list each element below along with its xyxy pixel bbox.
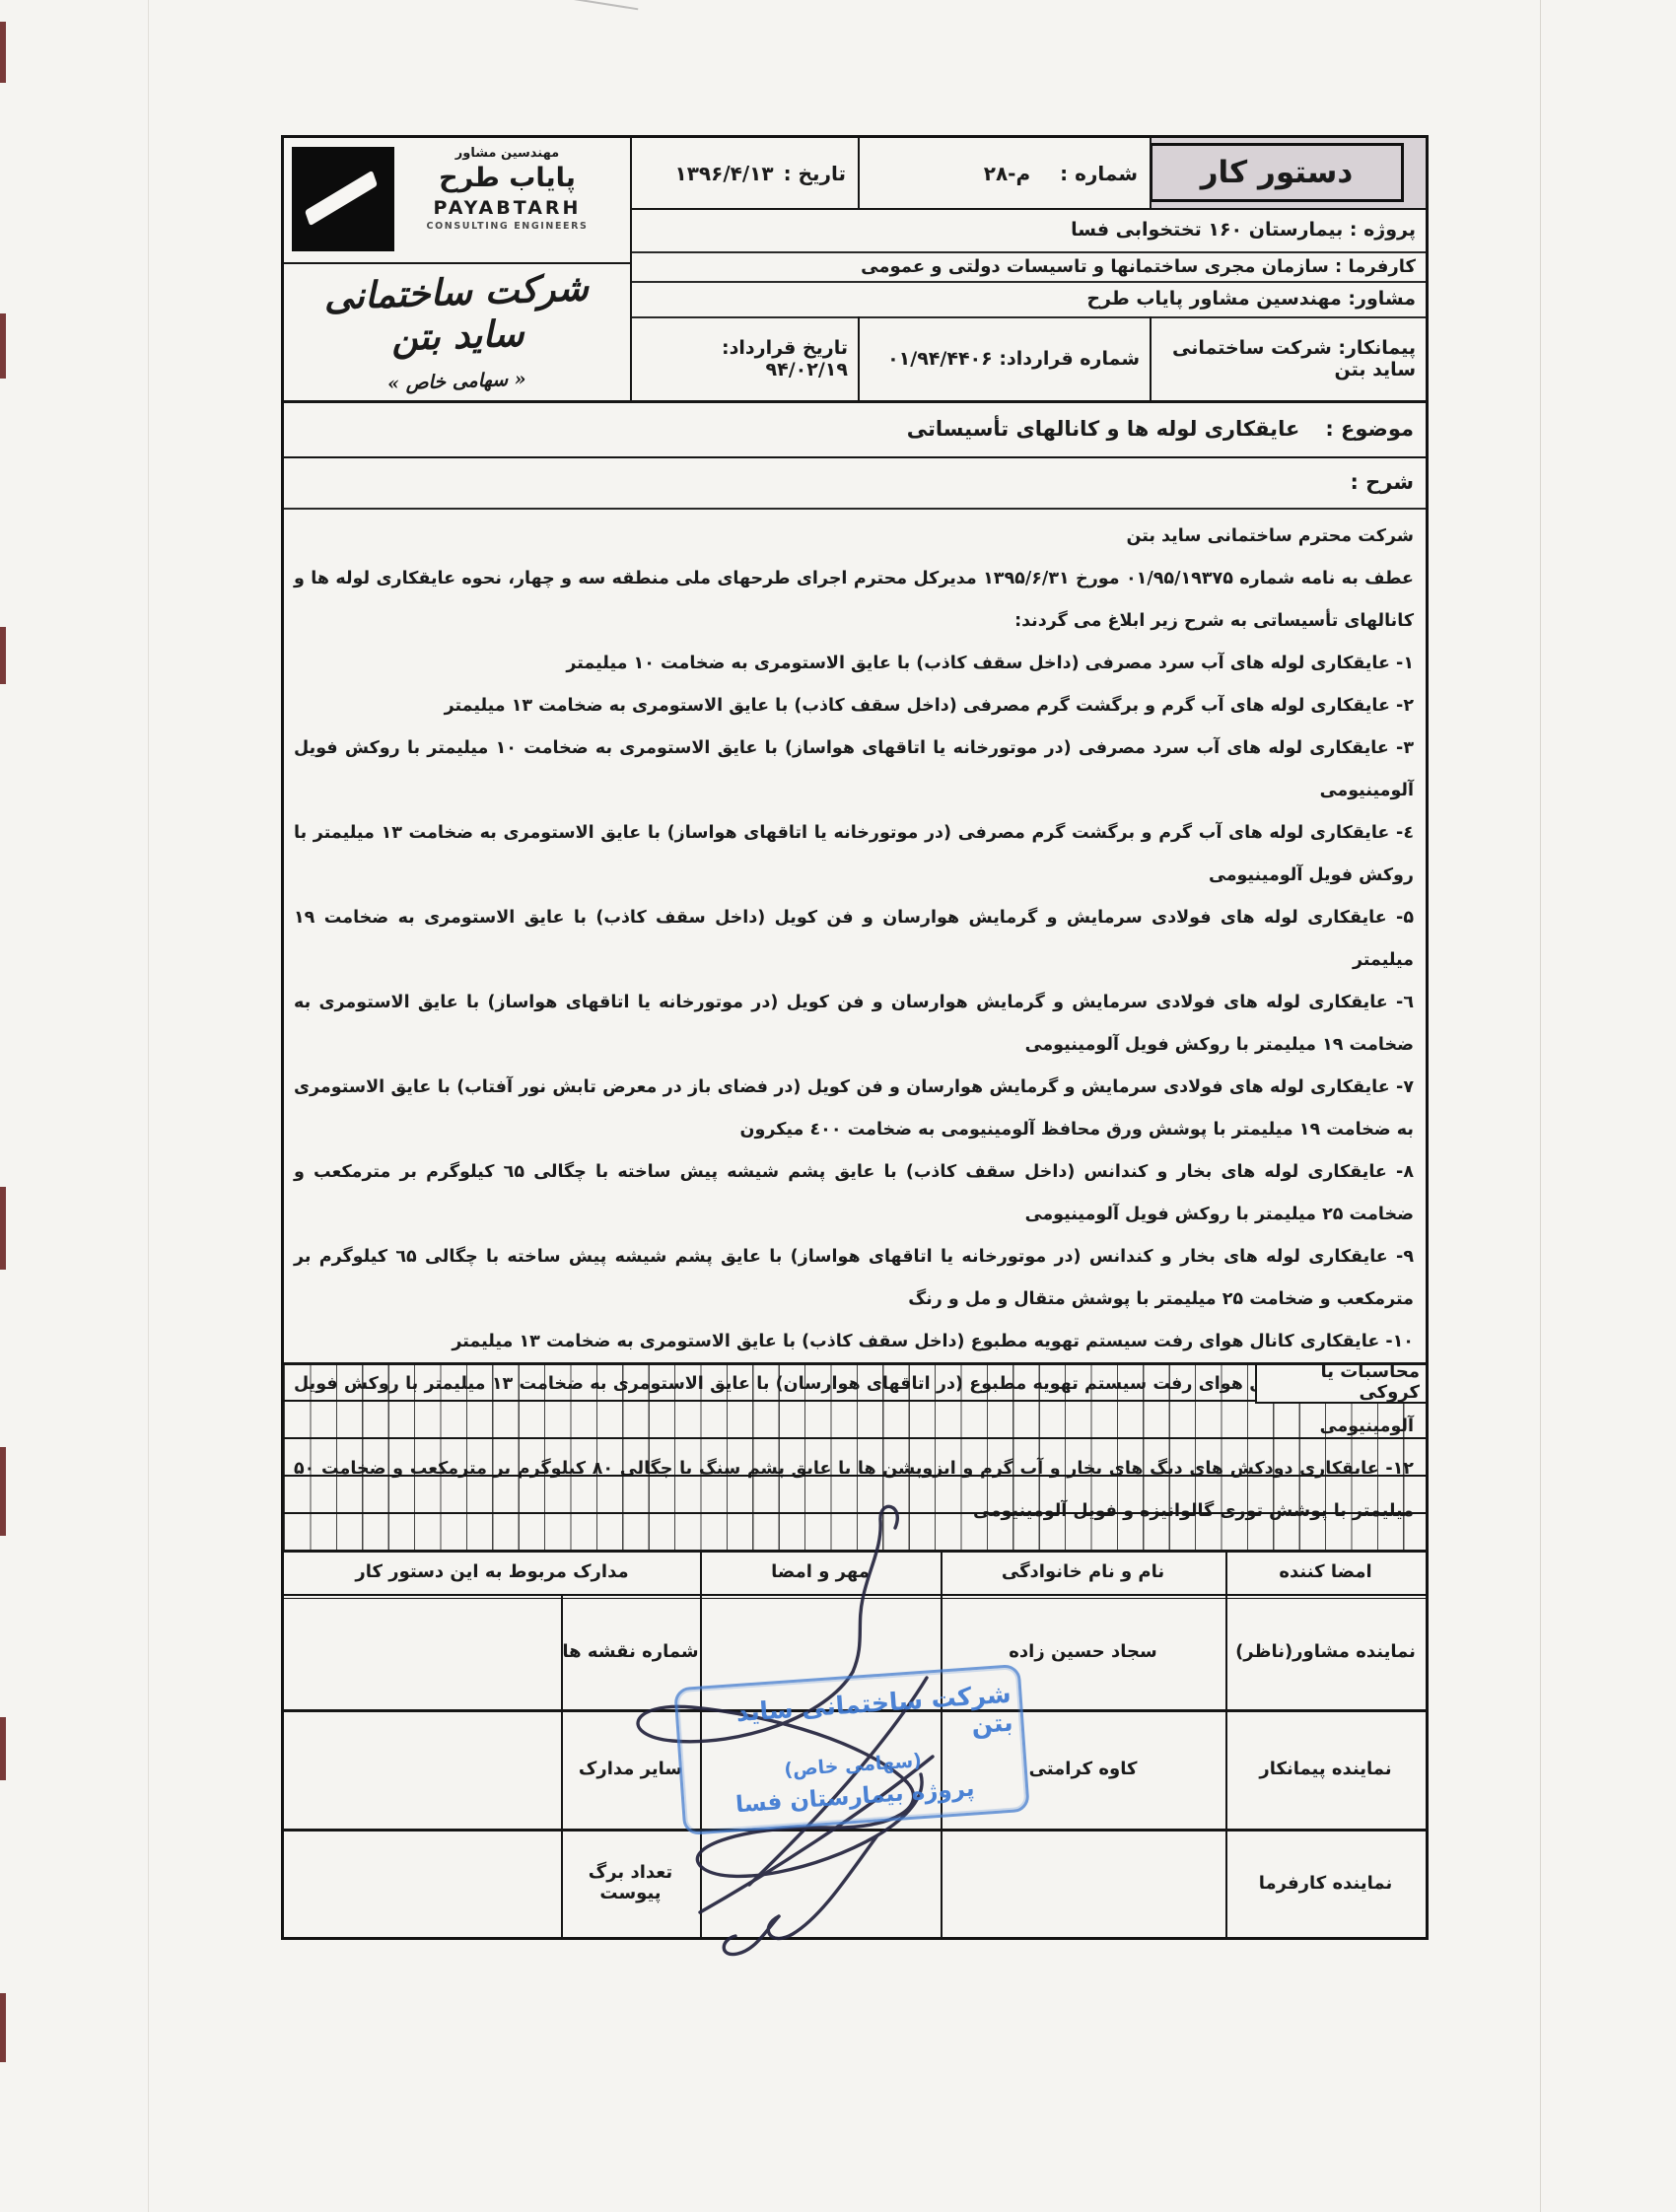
body-line: ۱۰- عایقکاری کانال هوای رفت سیستم تهویه …: [294, 1321, 1414, 1363]
work-order-form: مهندسین مشاور پایاب طرح PAYABTARH CONSUL…: [281, 135, 1429, 1940]
calc-sketch-grid: محاسبات یا کروکی: [284, 1362, 1426, 1550]
divider: [1225, 1550, 1227, 1937]
divider: [284, 262, 630, 264]
sig-row-signer: نماینده کارفرما: [1225, 1829, 1426, 1937]
number-label: شماره :: [1060, 162, 1138, 185]
binding-mark: [0, 627, 6, 684]
divider: [284, 456, 1426, 458]
sig-row-signer: نماینده مشاور(ناظر): [1225, 1594, 1426, 1709]
calc-label-cell: محاسبات یا کروکی: [1255, 1362, 1426, 1404]
date-value: ۱۳۹۶/۴/۱۳: [675, 162, 774, 185]
date-label: تاریخ :: [784, 162, 846, 185]
body-line: ۲- عایقکاری لوله های آب گرم و برگشت گرم …: [294, 685, 1414, 727]
contractor-company-script: شرکت ساختمانی ساید بتن: [283, 264, 632, 363]
divider: [1150, 138, 1152, 208]
sig-row-signer: نماینده پیمانکار: [1225, 1709, 1426, 1829]
sig-header-documents: مدارک مربوط به این دستور کار: [284, 1550, 700, 1594]
contractor-calligraphy-block: شرکت ساختمانی ساید بتن « سهامی خاص »: [284, 262, 630, 400]
divider: [561, 1594, 563, 1937]
subject-label: موضوع :: [1325, 417, 1414, 441]
number-cell: شماره : م-۲۸: [858, 138, 1150, 208]
divider: [630, 208, 1426, 210]
divider: [1150, 316, 1152, 400]
logo-swoosh-icon: [305, 171, 378, 227]
divider: [858, 138, 860, 208]
logo-wordmark: مهندسین مشاور پایاب طرح PAYABTARH CONSUL…: [396, 146, 618, 233]
divider: [284, 400, 1426, 403]
calc-label: محاسبات یا کروکی: [1257, 1361, 1420, 1403]
contract-date-cell: تاریخ قرارداد: ۹۴/۰۲/۱۹: [630, 316, 858, 400]
body-line: ۳- عایقکاری لوله های آب سرد مصرفی (در مو…: [294, 727, 1414, 812]
logo-brand-en: PAYABTARH: [396, 197, 618, 221]
divider: [284, 1550, 1426, 1553]
client-row: کارفرما : سازمان مجری ساختمانها و تاسیسا…: [630, 251, 1426, 281]
stamp-company-name: شرکت ساختمانی ساید بتن: [685, 1679, 1013, 1759]
divider: [630, 281, 1426, 283]
binding-mark: [0, 1187, 6, 1270]
description-label: شرح :: [1350, 470, 1414, 494]
binding-mark: [0, 1993, 6, 2062]
scan-line-artifact: [510, 0, 639, 10]
divider: [630, 251, 1426, 253]
page-left-edge: [148, 0, 149, 2212]
logo-brand-fa: پایاب طرح: [396, 162, 618, 195]
sig-header-name: نام و نام خانوادگی: [941, 1550, 1225, 1594]
form-title: دستور کار: [1150, 143, 1404, 202]
subject-row: موضوع : عایقکاری لوله ها و کانالهای تأسی…: [284, 400, 1426, 456]
sig-header-stamp: مهر و امضا: [700, 1550, 941, 1594]
project-row: پروژه : بیمارستان ۱۶۰ تختخوابی فسا: [630, 208, 1426, 251]
divider: [630, 316, 1426, 318]
divider: [284, 1829, 1426, 1832]
body-line: عطف به نامه شماره ۰۱/۹۵/۱۹۳۷۵ مورخ ۱۳۹۵/…: [294, 558, 1414, 643]
body-line: ٦- عایقکاری لوله های فولادی سرمایش و گرم…: [294, 982, 1414, 1067]
sig-row-doc-label: تعداد برگ پیوست: [561, 1829, 700, 1937]
contract-number-cell: شماره قرارداد: ۰۱/۹۴/۴۴۰۶: [858, 316, 1150, 400]
divider: [284, 1594, 1426, 1599]
contractor-company-type: « سهامی خاص »: [387, 369, 526, 395]
body-line: ٤- عایقکاری لوله های آب گرم و برگشت گرم …: [294, 812, 1414, 897]
company-stamp: شرکت ساختمانی ساید بتن (سهامی خاص) پروژه…: [673, 1664, 1030, 1835]
consultant-row: مشاور: مهندسین مشاور پایاب طرح: [630, 281, 1426, 316]
binding-mark: [0, 22, 6, 83]
contractor-row: پیمانکار: شرکت ساختمانی ساید بتن: [1150, 316, 1426, 400]
consultant-logo-block: مهندسین مشاور پایاب طرح PAYABTARH CONSUL…: [284, 138, 630, 262]
form-title-cell: دستور کار: [1150, 138, 1426, 208]
page-right-edge: [1540, 0, 1541, 2212]
body-line: ۸- عایقکاری لوله های بخار و کندانس (داخل…: [294, 1151, 1414, 1236]
payabtarh-logo-icon: [292, 147, 394, 251]
stamp-company-type: (سهامی خاص): [784, 1750, 923, 1781]
binding-mark: [0, 1717, 6, 1780]
scanned-work-order-page: مهندسین مشاور پایاب طرح PAYABTARH CONSUL…: [0, 0, 1676, 2212]
date-cell: تاریخ : ۱۳۹۶/۴/۱۳: [630, 138, 858, 208]
logo-tagline-fa: مهندسین مشاور: [396, 146, 618, 162]
body-line: ۹- عایقکاری لوله های بخار و کندانس (در م…: [294, 1236, 1414, 1321]
subject-value: عایقکاری لوله ها و کانالهای تأسیساتی: [907, 417, 1300, 441]
description-label-row: شرح :: [284, 456, 1426, 508]
divider: [630, 138, 632, 400]
binding-mark: [0, 313, 6, 379]
body-line: ۵- عایقکاری لوله های فولادی سرمایش و گرم…: [294, 897, 1414, 982]
divider: [858, 316, 860, 400]
stamp-project-name: پروژه بیمارستان فسا: [734, 1775, 975, 1818]
body-line: ۷- عایقکاری لوله های فولادی سرمایش و گرم…: [294, 1067, 1414, 1151]
logo-brand-en-sub: CONSULTING ENGINEERS: [396, 221, 618, 233]
body-line: ۱- عایقکاری لوله های آب سرد مصرفی (داخل …: [294, 643, 1414, 685]
divider: [284, 1362, 1426, 1365]
binding-mark: [0, 1447, 6, 1536]
divider: [284, 508, 1426, 510]
sig-header-signer: امضا کننده: [1225, 1550, 1426, 1594]
body-line: شرکت محترم ساختمانی ساید بتن: [294, 516, 1414, 558]
sig-row-name: [941, 1829, 1225, 1937]
number-value: م-۲۸: [984, 162, 1030, 185]
